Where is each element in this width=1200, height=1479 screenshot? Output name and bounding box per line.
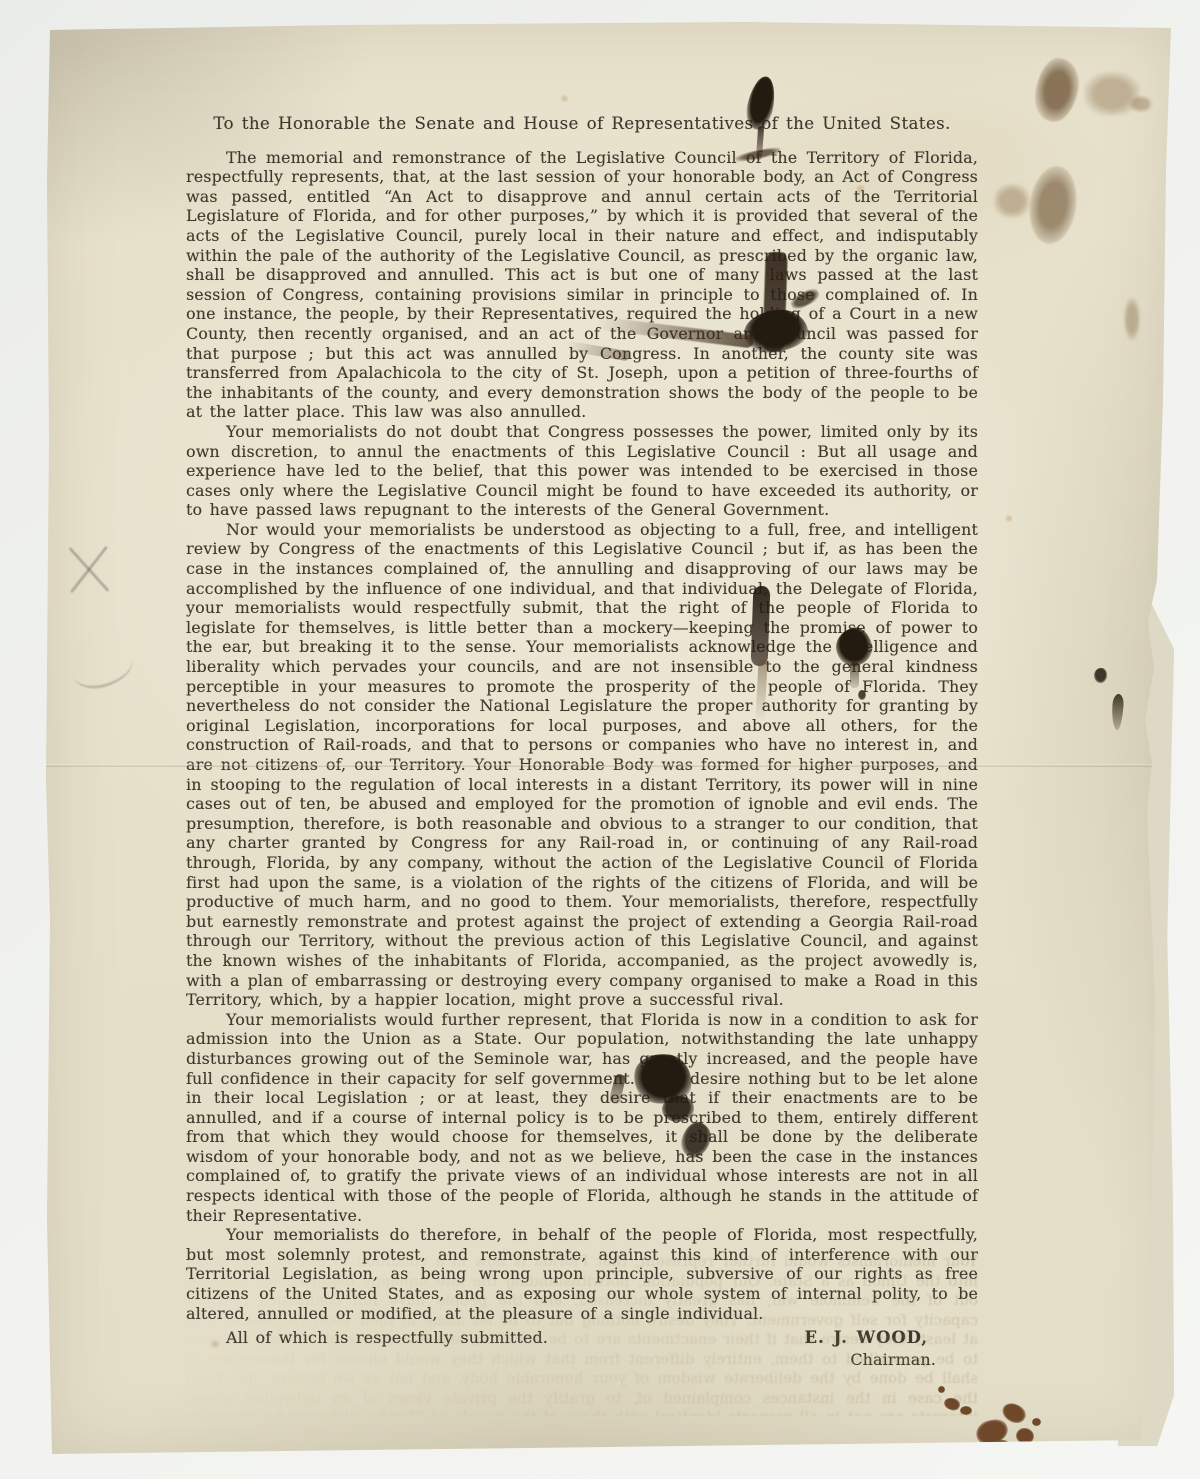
scanned-document-screenshot: { "page": { "background_color": "#f0f1ee…: [0, 0, 1200, 1479]
ink-splatter: [938, 1386, 945, 1393]
memorial-document-page: To the Honorable the Senate and House of…: [44, 20, 1176, 1456]
ink-smudge: [1031, 55, 1082, 125]
printed-text-block: To the Honorable the Senate and House of…: [186, 114, 978, 1369]
foxing-spot: [1005, 515, 1013, 522]
paragraph-statehood: Your memorialists would further represen…: [186, 1010, 978, 1226]
ink-splatter: [1032, 1418, 1041, 1426]
foxing-spot: [210, 1340, 220, 1348]
ink-splatter: [989, 1439, 1011, 1455]
ink-stain: [751, 586, 771, 667]
ink-stain: [850, 662, 859, 688]
ink-smudge: [994, 184, 1030, 218]
foxing-spot: [560, 95, 569, 102]
paragraph-congress-power: Your memorialists do not doubt that Cong…: [186, 422, 978, 520]
document-heading: To the Honorable the Senate and House of…: [186, 114, 978, 134]
ink-smudge: [1124, 298, 1140, 340]
pencil-mark: [68, 640, 137, 693]
ink-smudge: [1025, 163, 1081, 247]
show-through-text: Your memorialists would further represen…: [186, 1252, 978, 1416]
ink-splatter: [960, 1406, 972, 1415]
ink-splatter: [973, 1416, 1011, 1449]
ink-stain: [858, 690, 866, 700]
ink-smudge: [1130, 96, 1152, 112]
ink-stain: [1111, 694, 1124, 731]
ink-splatter: [1015, 1426, 1036, 1445]
ink-stain: [1094, 668, 1107, 683]
fold-crease: [44, 764, 1176, 767]
foxing-spot: [394, 920, 402, 926]
foxing-spot: [855, 185, 866, 193]
